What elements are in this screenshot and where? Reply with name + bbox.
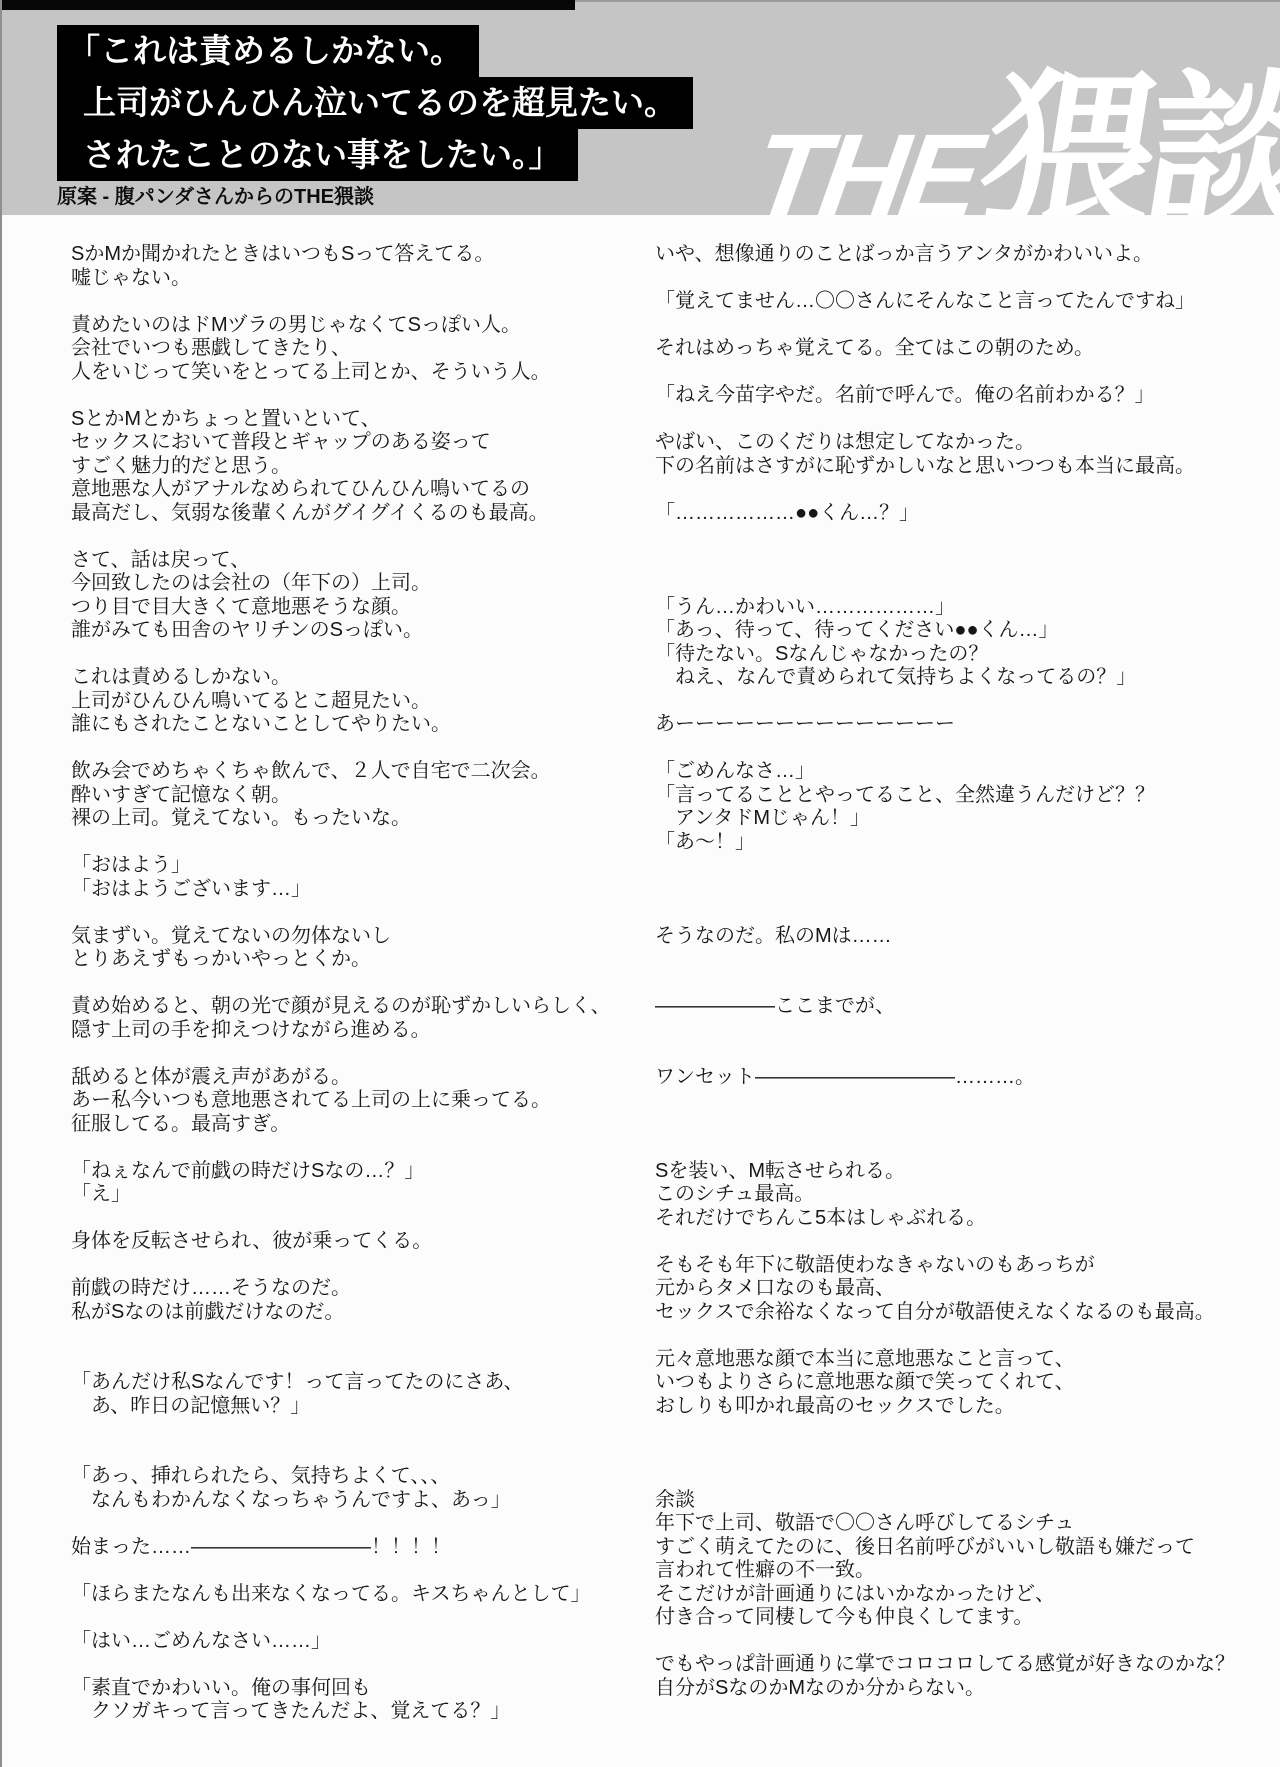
logo-kanji-text: 猥談	[973, 78, 1280, 215]
story-left-column: SかMか聞かれたときはいつもSって答えてる。 嘘じゃない。 責めたいのはドMヅラ…	[71, 243, 611, 1724]
title-line-1: 「これは責めるしかない。	[57, 25, 479, 77]
page-header: THE 猥談 「これは責めるしかない。 上司がひんひん泣いてるのを超見たい。 さ…	[0, 0, 1280, 215]
top-black-bar	[0, 0, 575, 10]
origin-credit: 原案 - 腹パンダさんからのTHE猥談	[57, 180, 374, 209]
story-page: THE 猥談 「これは責めるしかない。 上司がひんひん泣いてるのを超見たい。 さ…	[0, 0, 1280, 1767]
title-line-3: されたことのない事をしたい。」	[57, 129, 578, 181]
title-block: 「これは責めるしかない。 上司がひんひん泣いてるのを超見たい。 されたことのない…	[57, 25, 693, 181]
logo-the-text: THE	[746, 123, 984, 215]
story-right-column: いや、想像通りのことばっか言うアンタがかわいいよ。 「覚えてません…〇〇さんにそ…	[655, 243, 1265, 1700]
the-waidan-logo: THE 猥談	[746, 78, 1280, 215]
left-edge-line	[0, 0, 2, 1767]
title-line-2: 上司がひんひん泣いてるのを超見たい。	[57, 77, 693, 129]
